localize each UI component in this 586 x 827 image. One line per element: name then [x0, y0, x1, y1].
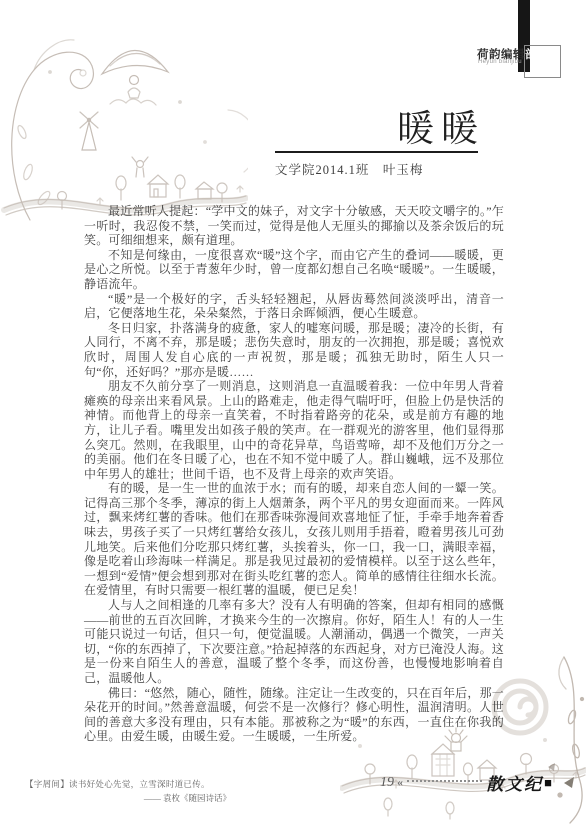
- footer-page-block: 19 « 散文纪 ■: [380, 770, 552, 795]
- paragraph: “暖”是一个极好的字，舌头轻轻翘起，从唇齿蓦然间淡淡呼出，清音一启，它便落地生花…: [84, 292, 504, 321]
- dotted-leader: [407, 779, 482, 782]
- title-rule: [275, 151, 478, 153]
- paragraph: 冬日归家，扑落满身的疲惫，家人的嘘寒问暖，那是暖；凄冷的长街，有人同行，不离不弃…: [84, 321, 504, 379]
- guillemet-icon: «: [397, 775, 403, 790]
- editorial-dept-pinyin: Heyun bianjibu: [478, 59, 522, 65]
- section-square-icon: ■: [544, 775, 552, 791]
- page-number: 19: [380, 775, 394, 791]
- paragraph: 最近常听人提起：“学中文的妹子，对文字十分敏感，天天咬文嚼字的。”乍一听时，我忍…: [84, 204, 504, 248]
- essay-body: 最近常听人提起：“学中文的妹子，对文字十分敏感，天天咬文嚼字的。”乍一听时，我忍…: [84, 204, 504, 744]
- paragraph: 人与人之间相逢的几率有多大？没有人有明确的答案，但却有相同的感慨——前世的五百次…: [84, 598, 504, 686]
- page-title: 暖暖: [275, 110, 485, 150]
- magazine-page: 荷韵编辑部 Heyun bianjibu 暖暖 文学院2014.1班 叶玉梅 最…: [0, 0, 586, 827]
- footer-quote-block: 【字屑间】读书好处心先觉，立雪深时道已传。 —— 袁枚《随园诗话》: [25, 778, 237, 804]
- paragraph: 有的暖，是一生一世的血浓于水；而有的暖，却来自恋人间的一颦一笑。记得高三那个冬季…: [84, 481, 504, 598]
- fairy-mushroom-scene-illustration: [0, 12, 248, 230]
- footer-quote-text: 读书好处心先觉，立雪深时道已传。: [69, 779, 210, 789]
- paragraph: 不知是何缘由，一度很喜欢“暖”这个字，而由它产生的叠词——暖暖，更是心之所悦。以…: [84, 248, 504, 292]
- paragraph: 朋友不久前分享了一则消息，这则消息一直温暖着我：一位中年男人背着瘫痪的母亲出来看…: [84, 379, 504, 481]
- section-name: 散文纪: [486, 770, 543, 795]
- footer-quote-attribution: —— 袁枚《随园诗话》: [25, 792, 237, 804]
- title-block: 暖暖 文学院2014.1班 叶玉梅: [275, 110, 478, 178]
- footer-column-label: 【字屑间】: [25, 779, 69, 789]
- footer-quote-line: 【字屑间】读书好处心先觉，立雪深时道已传。: [25, 778, 237, 790]
- dept-name-on-bar: 部: [525, 49, 537, 61]
- paragraph: 佛曰：“悠然，随心，随性，随缘。注定让一生改变的，只在百年后，那一朵花开的时间。…: [84, 686, 504, 744]
- author-byline: 文学院2014.1班 叶玉梅: [275, 160, 478, 178]
